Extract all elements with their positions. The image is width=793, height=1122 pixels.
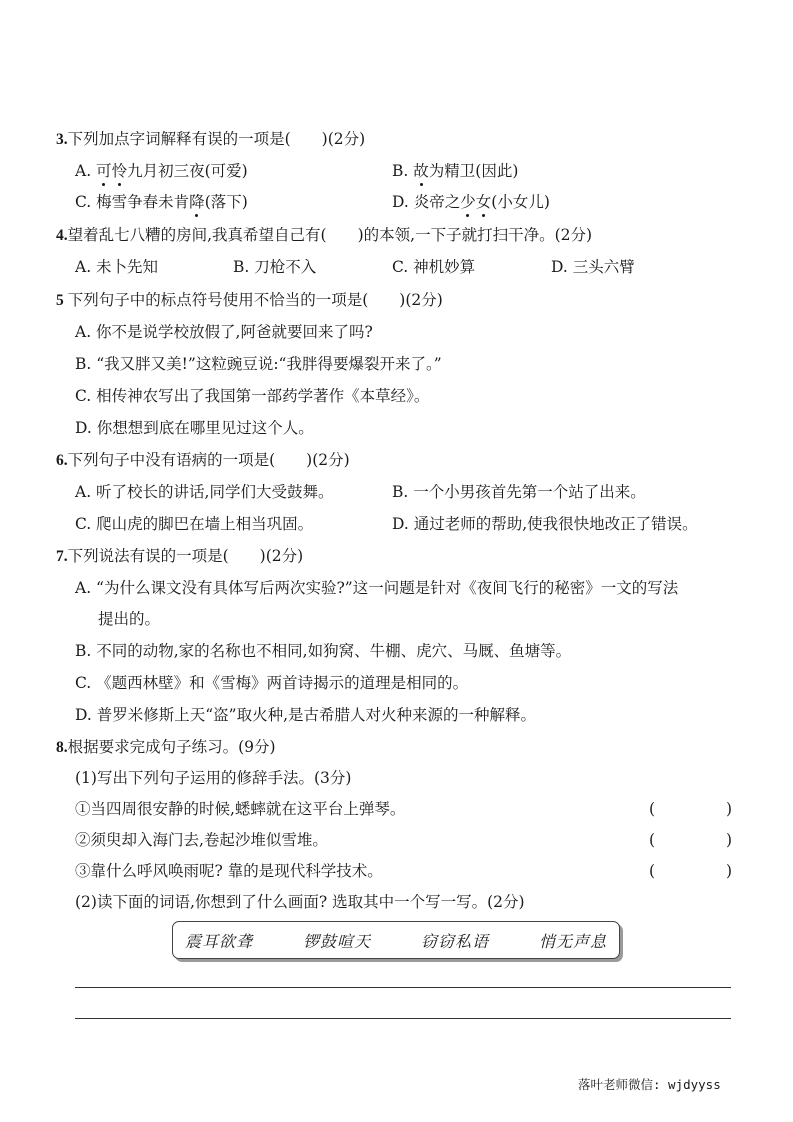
question-stem: 下列句子中没有语病的一项是( )(2分) <box>68 451 350 469</box>
option-prefix: D. 炎帝之 <box>392 193 460 211</box>
answer-paren-close: ) <box>726 830 732 850</box>
q3-option-d: D. 炎帝之少女(小女儿) <box>392 192 550 212</box>
q8-part1-item-1: ①当四周很安静的时候,蟋蟀就在这平台上弹琴。 <box>75 799 405 819</box>
answer-writing-line-2[interactable] <box>75 1018 731 1019</box>
q5-option-b: B. “我又胖又美!”这粒豌豆说:“我胖得要爆裂开来了。” <box>75 354 442 374</box>
question-3: 3.下列加点字词解释有误的一项是( )(2分) <box>56 129 365 150</box>
q4-option-a: A. 未卜先知 <box>75 257 158 277</box>
emphasis-dot-char: 可 <box>96 162 112 180</box>
footer-contact: 落叶老师微信: wjdyyss <box>578 1075 721 1093</box>
q6-option-b: B. 一个小男孩首先第一个站了出来。 <box>392 482 646 502</box>
q6-option-a: A. 听了校长的讲话,同学们大受鼓舞。 <box>75 482 333 502</box>
q6-option-c: C. 爬山虎的脚巴在墙上相当巩固。 <box>75 514 313 534</box>
q4-option-b: B. 刀枪不入 <box>233 257 316 277</box>
answer-paren-open: ( <box>649 830 655 850</box>
option-prefix: C. 梅雪争春未肯 <box>75 193 189 211</box>
emphasis-dot-char: 故 <box>413 162 429 180</box>
question-number: 7. <box>56 548 68 565</box>
q7-option-a-continued: 提出的。 <box>98 609 160 629</box>
q5-option-d: D. 你想想到底在哪里见过这个人。 <box>75 418 314 438</box>
dotted-word: 降 <box>189 193 205 211</box>
dotted-word: 少女 <box>460 193 491 211</box>
question-number: 3. <box>56 131 68 148</box>
question-8: 8.根据要求完成句子练习。(9分) <box>56 737 276 758</box>
option-text: (落下) <box>205 193 248 211</box>
answer-paren-close: ) <box>726 799 732 819</box>
answer-writing-line-1[interactable] <box>75 987 731 988</box>
dotted-word: 故 <box>413 162 429 180</box>
emphasis-dot-char: 少 <box>460 193 476 211</box>
q8-part2-title: (2)读下面的词语,你想到了什么画面? 选取其中一个写一写。(2分) <box>75 892 525 912</box>
answer-blank-3[interactable] <box>660 859 722 883</box>
q7-option-b: B. 不同的动物,家的名称也不相同,如狗窝、牛棚、虎穴、马厩、鱼塘等。 <box>75 641 571 661</box>
idiom-box: 震耳欲聋 锣鼓喧天 窃窃私语 悄无声息 <box>172 921 620 959</box>
option-prefix: A. <box>75 162 96 180</box>
answer-blank-1[interactable] <box>660 797 722 821</box>
q7-option-a: A. “为什么课文没有具体写后两次实验?”这一问题是针对《夜间飞行的秘密》一文的… <box>75 578 678 598</box>
option-text: (小女儿) <box>491 193 550 211</box>
question-5: 5下列句子中的标点符号使用不恰当的一项是( )(2分) <box>56 290 443 311</box>
idiom-2: 锣鼓喧天 <box>303 929 371 952</box>
question-stem: 望着乱七八糟的房间,我真希望自己有( )的本领,一下子就打扫干净。(2分) <box>68 226 592 244</box>
idiom-4: 悄无声息 <box>539 929 607 952</box>
dotted-word: 可怜 <box>96 162 127 180</box>
question-number: 8. <box>56 739 68 756</box>
question-stem: 下列说法有误的一项是( )(2分) <box>68 547 304 565</box>
q7-option-c: C. 《题西林壁》和《雪梅》两首诗揭示的道理是相同的。 <box>75 673 468 693</box>
answer-blank-2[interactable] <box>660 828 722 852</box>
answer-paren-open: ( <box>649 799 655 819</box>
emphasis-dot-char: 怜 <box>112 162 128 180</box>
emphasis-dot-char: 降 <box>189 193 205 211</box>
q3-option-b: B. 故为精卫(因此) <box>392 161 518 181</box>
question-4: 4.望着乱七八糟的房间,我真希望自己有( )的本领,一下子就打扫干净。(2分) <box>56 225 592 246</box>
idiom-3: 窃窃私语 <box>421 929 489 952</box>
q8-part1-item-2: ②须臾却入海门去,卷起沙堆似雪堆。 <box>75 830 328 850</box>
question-number: 5 <box>56 292 64 309</box>
question-stem: 下列句子中的标点符号使用不恰当的一项是( )(2分) <box>68 291 443 309</box>
option-text: 为精卫(因此) <box>429 162 519 180</box>
q4-option-c: C. 神机妙算 <box>392 257 475 277</box>
q4-option-d: D. 三头六臂 <box>551 257 635 277</box>
question-number: 4. <box>56 227 68 244</box>
q7-option-d: D. 普罗米修斯上天“盗”取火种,是古希腊人对火种来源的一种解释。 <box>75 705 536 725</box>
q8-part1-item-3: ③靠什么呼风唤雨呢? 靠的是现代科学技术。 <box>75 861 383 881</box>
option-prefix: B. <box>392 162 413 180</box>
answer-paren-open: ( <box>649 861 655 881</box>
q5-option-c: C. 相传神农写出了我国第一部药学著作《本草经》。 <box>75 386 429 406</box>
idiom-1: 震耳欲聋 <box>185 929 253 952</box>
q5-option-a: A. 你不是说学校放假了,阿爸就要回来了吗? <box>75 322 373 342</box>
option-text: 九月初三夜(可爱) <box>127 162 248 180</box>
q6-option-d: D. 通过老师的帮助,使我很快地改正了错误。 <box>392 514 698 534</box>
q3-option-c: C. 梅雪争春未肯降(落下) <box>75 192 248 212</box>
q3-option-a: A. 可怜九月初三夜(可爱) <box>75 161 248 181</box>
answer-paren-close: ) <box>726 861 732 881</box>
q8-part1-title: (1)写出下列句子运用的修辞手法。(3分) <box>75 768 351 788</box>
question-7: 7.下列说法有误的一项是( )(2分) <box>56 546 303 567</box>
question-stem: 下列加点字词解释有误的一项是( )(2分) <box>68 130 366 148</box>
question-6: 6.下列句子中没有语病的一项是( )(2分) <box>56 450 350 471</box>
question-number: 6. <box>56 452 68 469</box>
emphasis-dot-char: 女 <box>476 193 492 211</box>
question-stem: 根据要求完成句子练习。(9分) <box>68 738 276 756</box>
